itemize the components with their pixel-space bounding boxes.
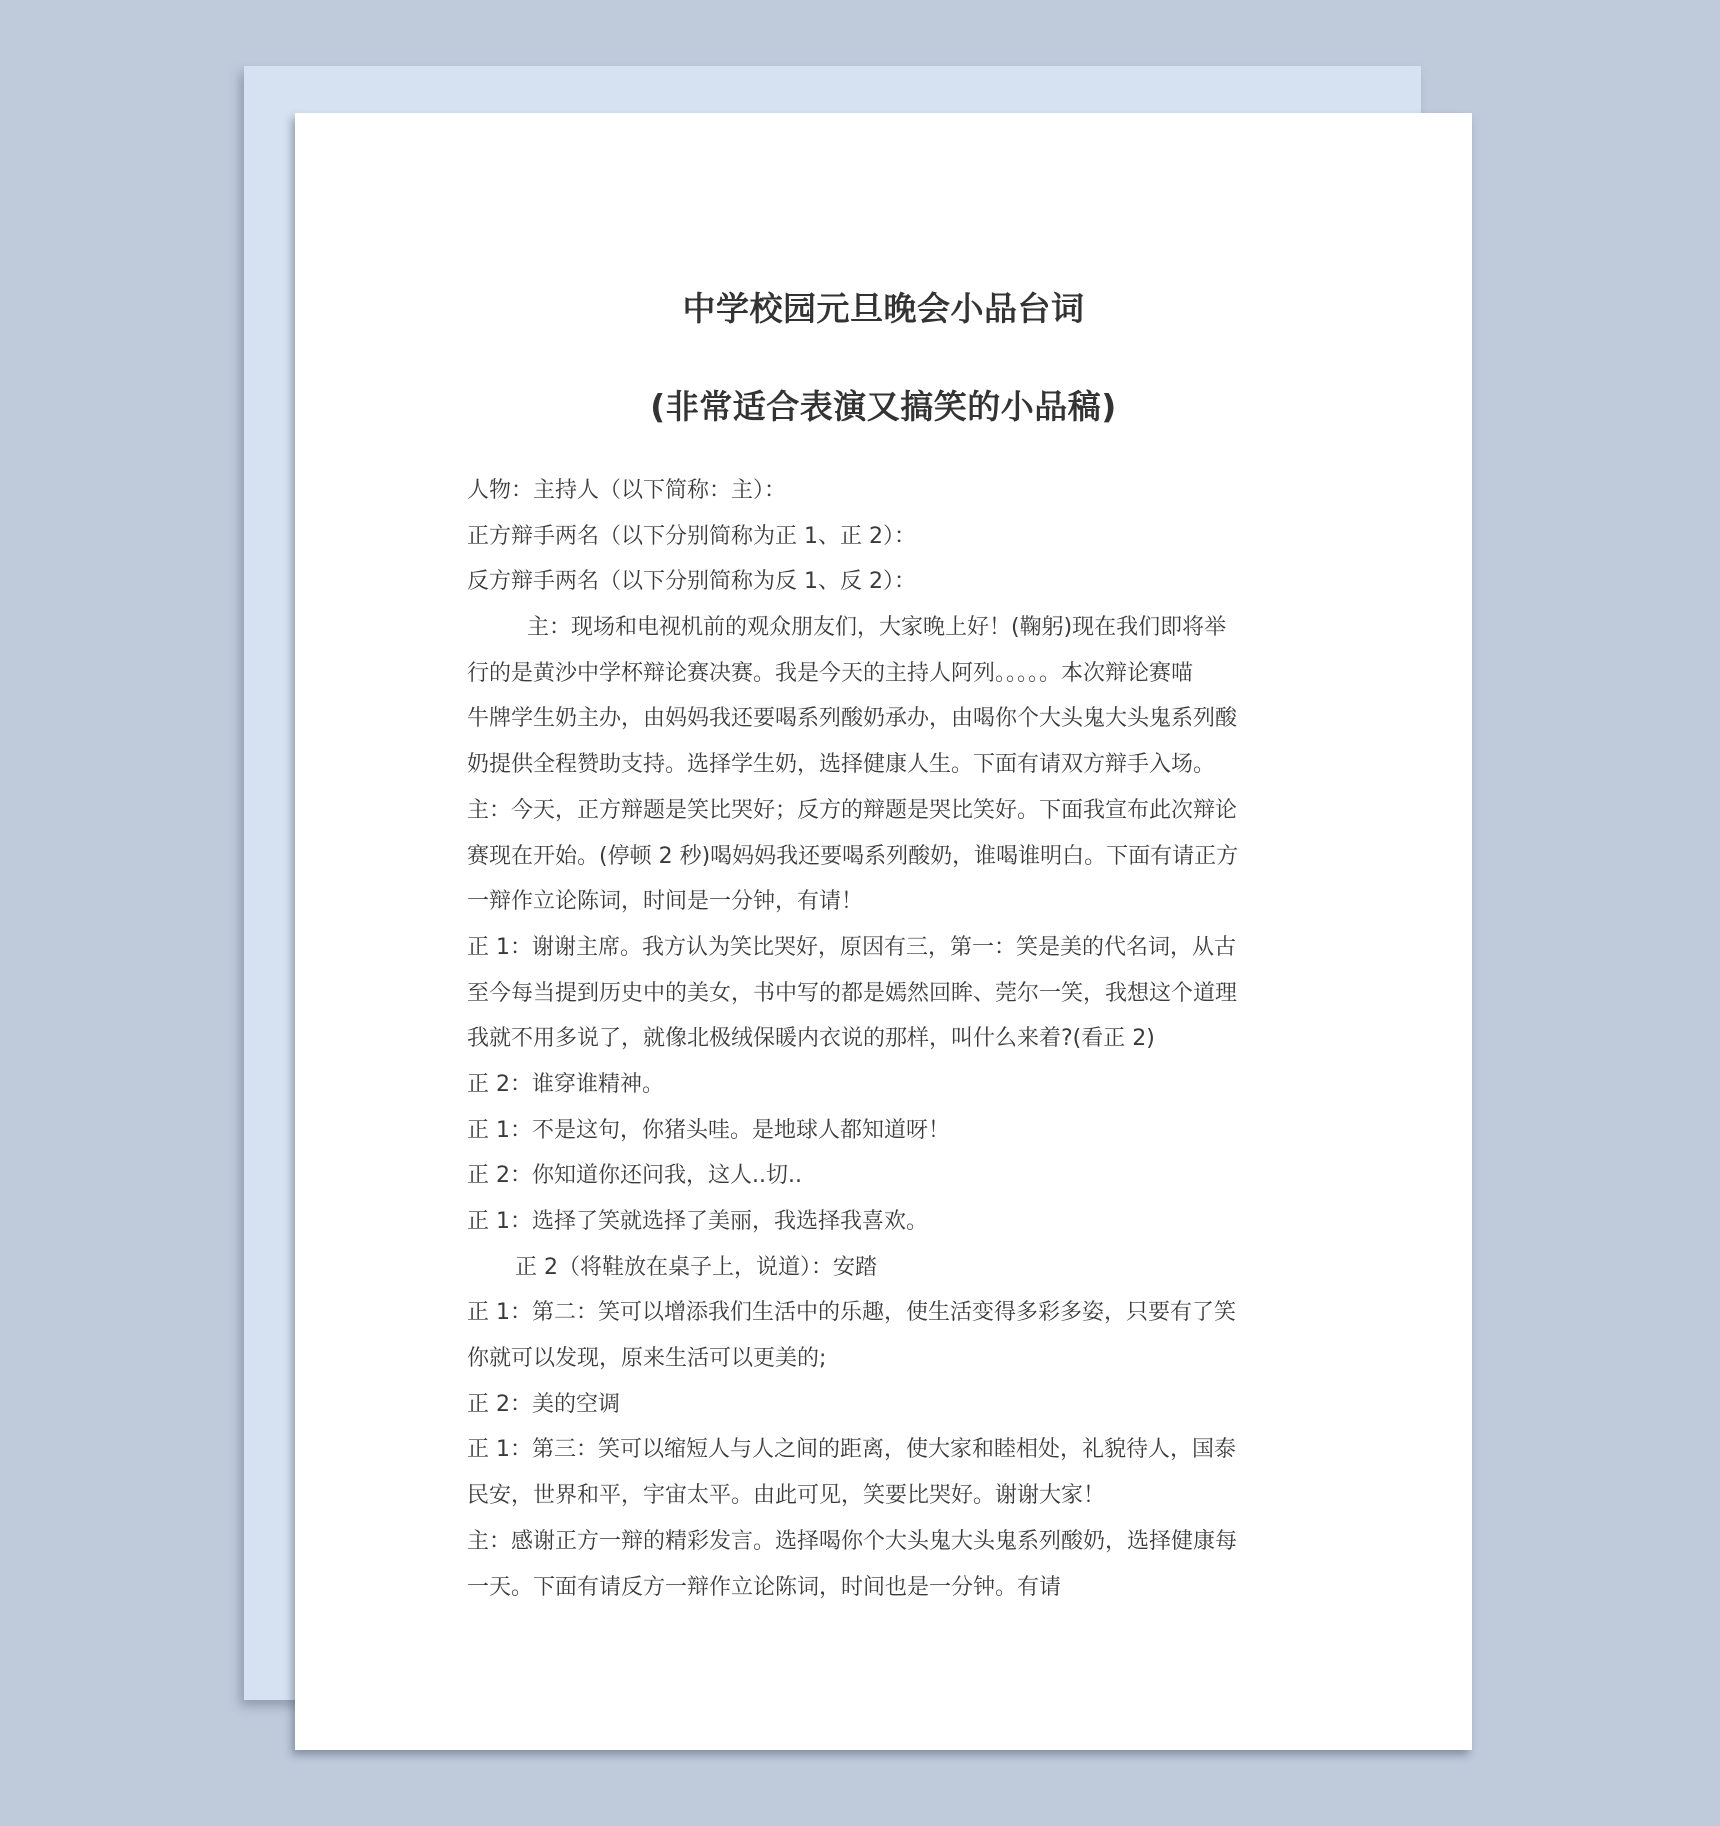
dialogue-line: 正 2：谁穿谁精神。 (467, 1062, 1307, 1108)
cast-con-line: 反方辩手两名（以下分别简称为反 1、反 2）： (467, 559, 1307, 605)
dialogue-line: 主：现场和电视机前的观众朋友们，大家晚上好！(鞠躬)现在我们即将举 (467, 605, 1307, 651)
dialogue-line: 一天。下面有请反方一辩作立论陈词，时间也是一分钟。有请 (467, 1565, 1307, 1611)
document-body: 人物：主持人（以下简称：主）： 正方辩手两名（以下分别简称为正 1、正 2）： … (467, 468, 1307, 1610)
dialogue-line: 民安，世界和平，宇宙太平。由此可见，笑要比哭好。谢谢大家！ (467, 1473, 1307, 1519)
document-title: 中学校园元旦晚会小品台词 (295, 283, 1472, 330)
dialogue-line: 正 2：你知道你还问我，这人..切.. (467, 1153, 1307, 1199)
document-page: 中学校园元旦晚会小品台词 (非常适合表演又搞笑的小品稿) 人物：主持人（以下简称… (295, 113, 1472, 1750)
dialogue-line: 你就可以发现，原来生活可以更美的; (467, 1336, 1307, 1382)
dialogue-line: 正 2：美的空调 (467, 1382, 1307, 1428)
dialogue-line: 主：感谢正方一辩的精彩发言。选择喝你个大头鬼大头鬼系列酸奶，选择健康每 (467, 1519, 1307, 1565)
dialogue-line: 正 1：选择了笑就选择了美丽，我选择我喜欢。 (467, 1199, 1307, 1245)
dialogue-line: 正 1：第三：笑可以缩短人与人之间的距离，使大家和睦相处，礼貌待人，国泰 (467, 1427, 1307, 1473)
dialogue-line: 主：今天，正方辩题是笑比哭好；反方的辩题是哭比笑好。下面我宣布此次辩论 (467, 788, 1307, 834)
dialogue-line: 一辩作立论陈词，时间是一分钟，有请！ (467, 879, 1307, 925)
dialogue-line: 赛现在开始。(停顿 2 秒)喝妈妈我还要喝系列酸奶，谁喝谁明白。下面有请正方 (467, 834, 1307, 880)
dialogue-line: 奶提供全程赞助支持。选择学生奶，选择健康人生。下面有请双方辩手入场。 (467, 742, 1307, 788)
dialogue-line: 至今每当提到历史中的美女，书中写的都是嫣然回眸、莞尔一笑，我想这个道理 (467, 971, 1307, 1017)
stage-direction-line: 正 2（将鞋放在桌子上，说道）：安踏 (467, 1245, 1307, 1291)
dialogue-line: 正 1：不是这句，你猪头哇。是地球人都知道呀！ (467, 1108, 1307, 1154)
dialogue-line: 正 1：第二：笑可以增添我们生活中的乐趣，使生活变得多彩多姿，只要有了笑 (467, 1290, 1307, 1336)
cast-host-line: 人物：主持人（以下简称：主）： (467, 468, 1307, 514)
dialogue-line: 我就不用多说了，就像北极绒保暖内衣说的那样，叫什么来着?(看正 2) (467, 1016, 1307, 1062)
dialogue-line: 牛牌学生奶主办，由妈妈我还要喝系列酸奶承办，由喝你个大头鬼大头鬼系列酸 (467, 696, 1307, 742)
cast-pro-line: 正方辩手两名（以下分别简称为正 1、正 2）： (467, 514, 1307, 560)
document-subtitle: (非常适合表演又搞笑的小品稿) (295, 381, 1472, 428)
dialogue-line: 行的是黄沙中学杯辩论赛决赛。我是今天的主持人阿列。。。。。本次辩论赛喵 (467, 651, 1307, 697)
dialogue-line: 正 1：谢谢主席。我方认为笑比哭好，原因有三，第一：笑是美的代名词，从古 (467, 925, 1307, 971)
